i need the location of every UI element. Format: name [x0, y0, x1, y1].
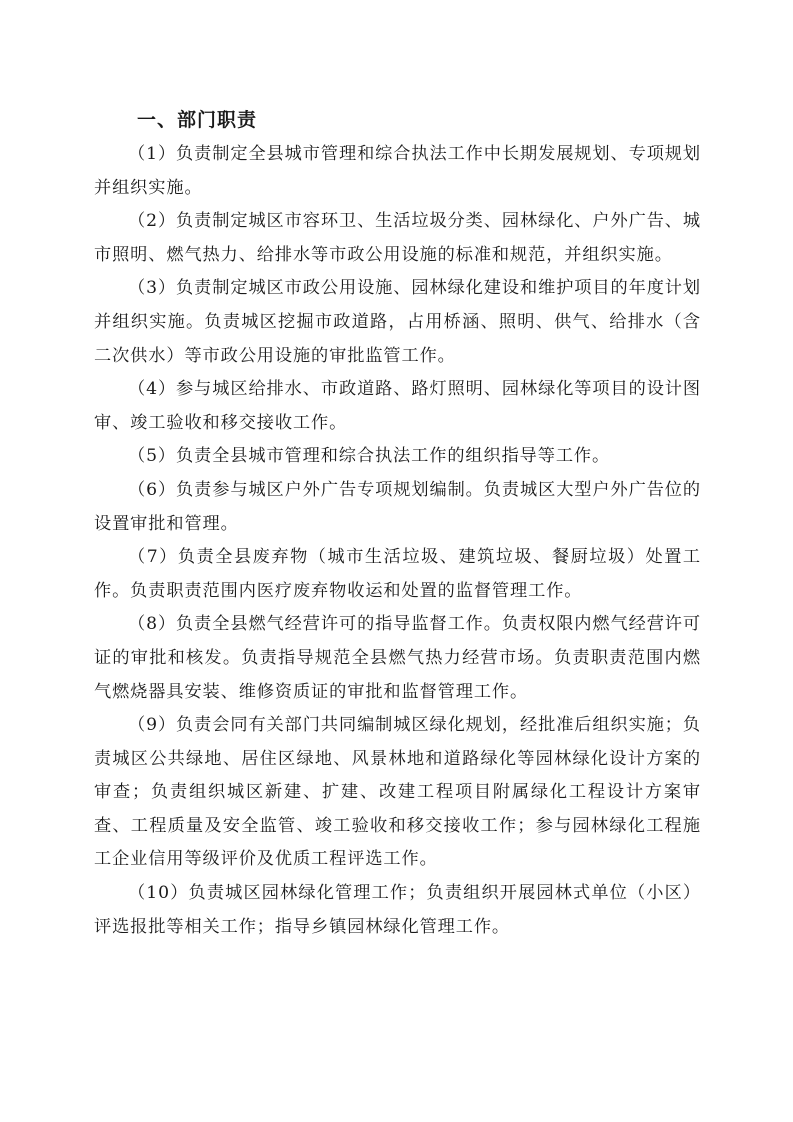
paragraph-1: （1）负责制定全县城市管理和综合执法工作中长期发展规划、专项规划并组织实施。: [94, 138, 701, 205]
paragraph-2: （2）负责制定城区市容环卫、生活垃圾分类、园林绿化、户外广告、城市照明、燃气热力…: [94, 205, 701, 272]
paragraph-9: （9）负责会同有关部门共同编制城区绿化规划，经批准后组织实施；负责城区公共绿地、…: [94, 709, 701, 877]
paragraph-5: （5）负责全县城市管理和综合执法工作的组织指导等工作。: [94, 440, 701, 474]
document-page: 一、部门职责 （1）负责制定全县城市管理和综合执法工作中长期发展规划、专项规划并…: [94, 104, 701, 944]
paragraph-4: （4）参与城区给排水、市政道路、路灯照明、园林绿化等项目的设计图审、竣工验收和移…: [94, 373, 701, 440]
section-heading: 一、部门职责: [94, 104, 701, 136]
paragraph-8: （8）负责全县燃气经营许可的指导监督工作。负责权限内燃气经营许可证的审批和核发。…: [94, 608, 701, 709]
paragraph-3: （3）负责制定城区市政公用设施、园林绿化建设和维护项目的年度计划并组织实施。负责…: [94, 272, 701, 373]
paragraph-6: （6）负责参与城区户外广告专项规划编制。负责城区大型户外广告位的设置审批和管理。: [94, 474, 701, 541]
paragraph-7: （7）负责全县废弃物（城市生活垃圾、建筑垃圾、餐厨垃圾）处置工作。负责职责范围内…: [94, 541, 701, 608]
paragraph-10: （10）负责城区园林绿化管理工作；负责组织开展园林式单位（小区）评选报批等相关工…: [94, 877, 701, 944]
